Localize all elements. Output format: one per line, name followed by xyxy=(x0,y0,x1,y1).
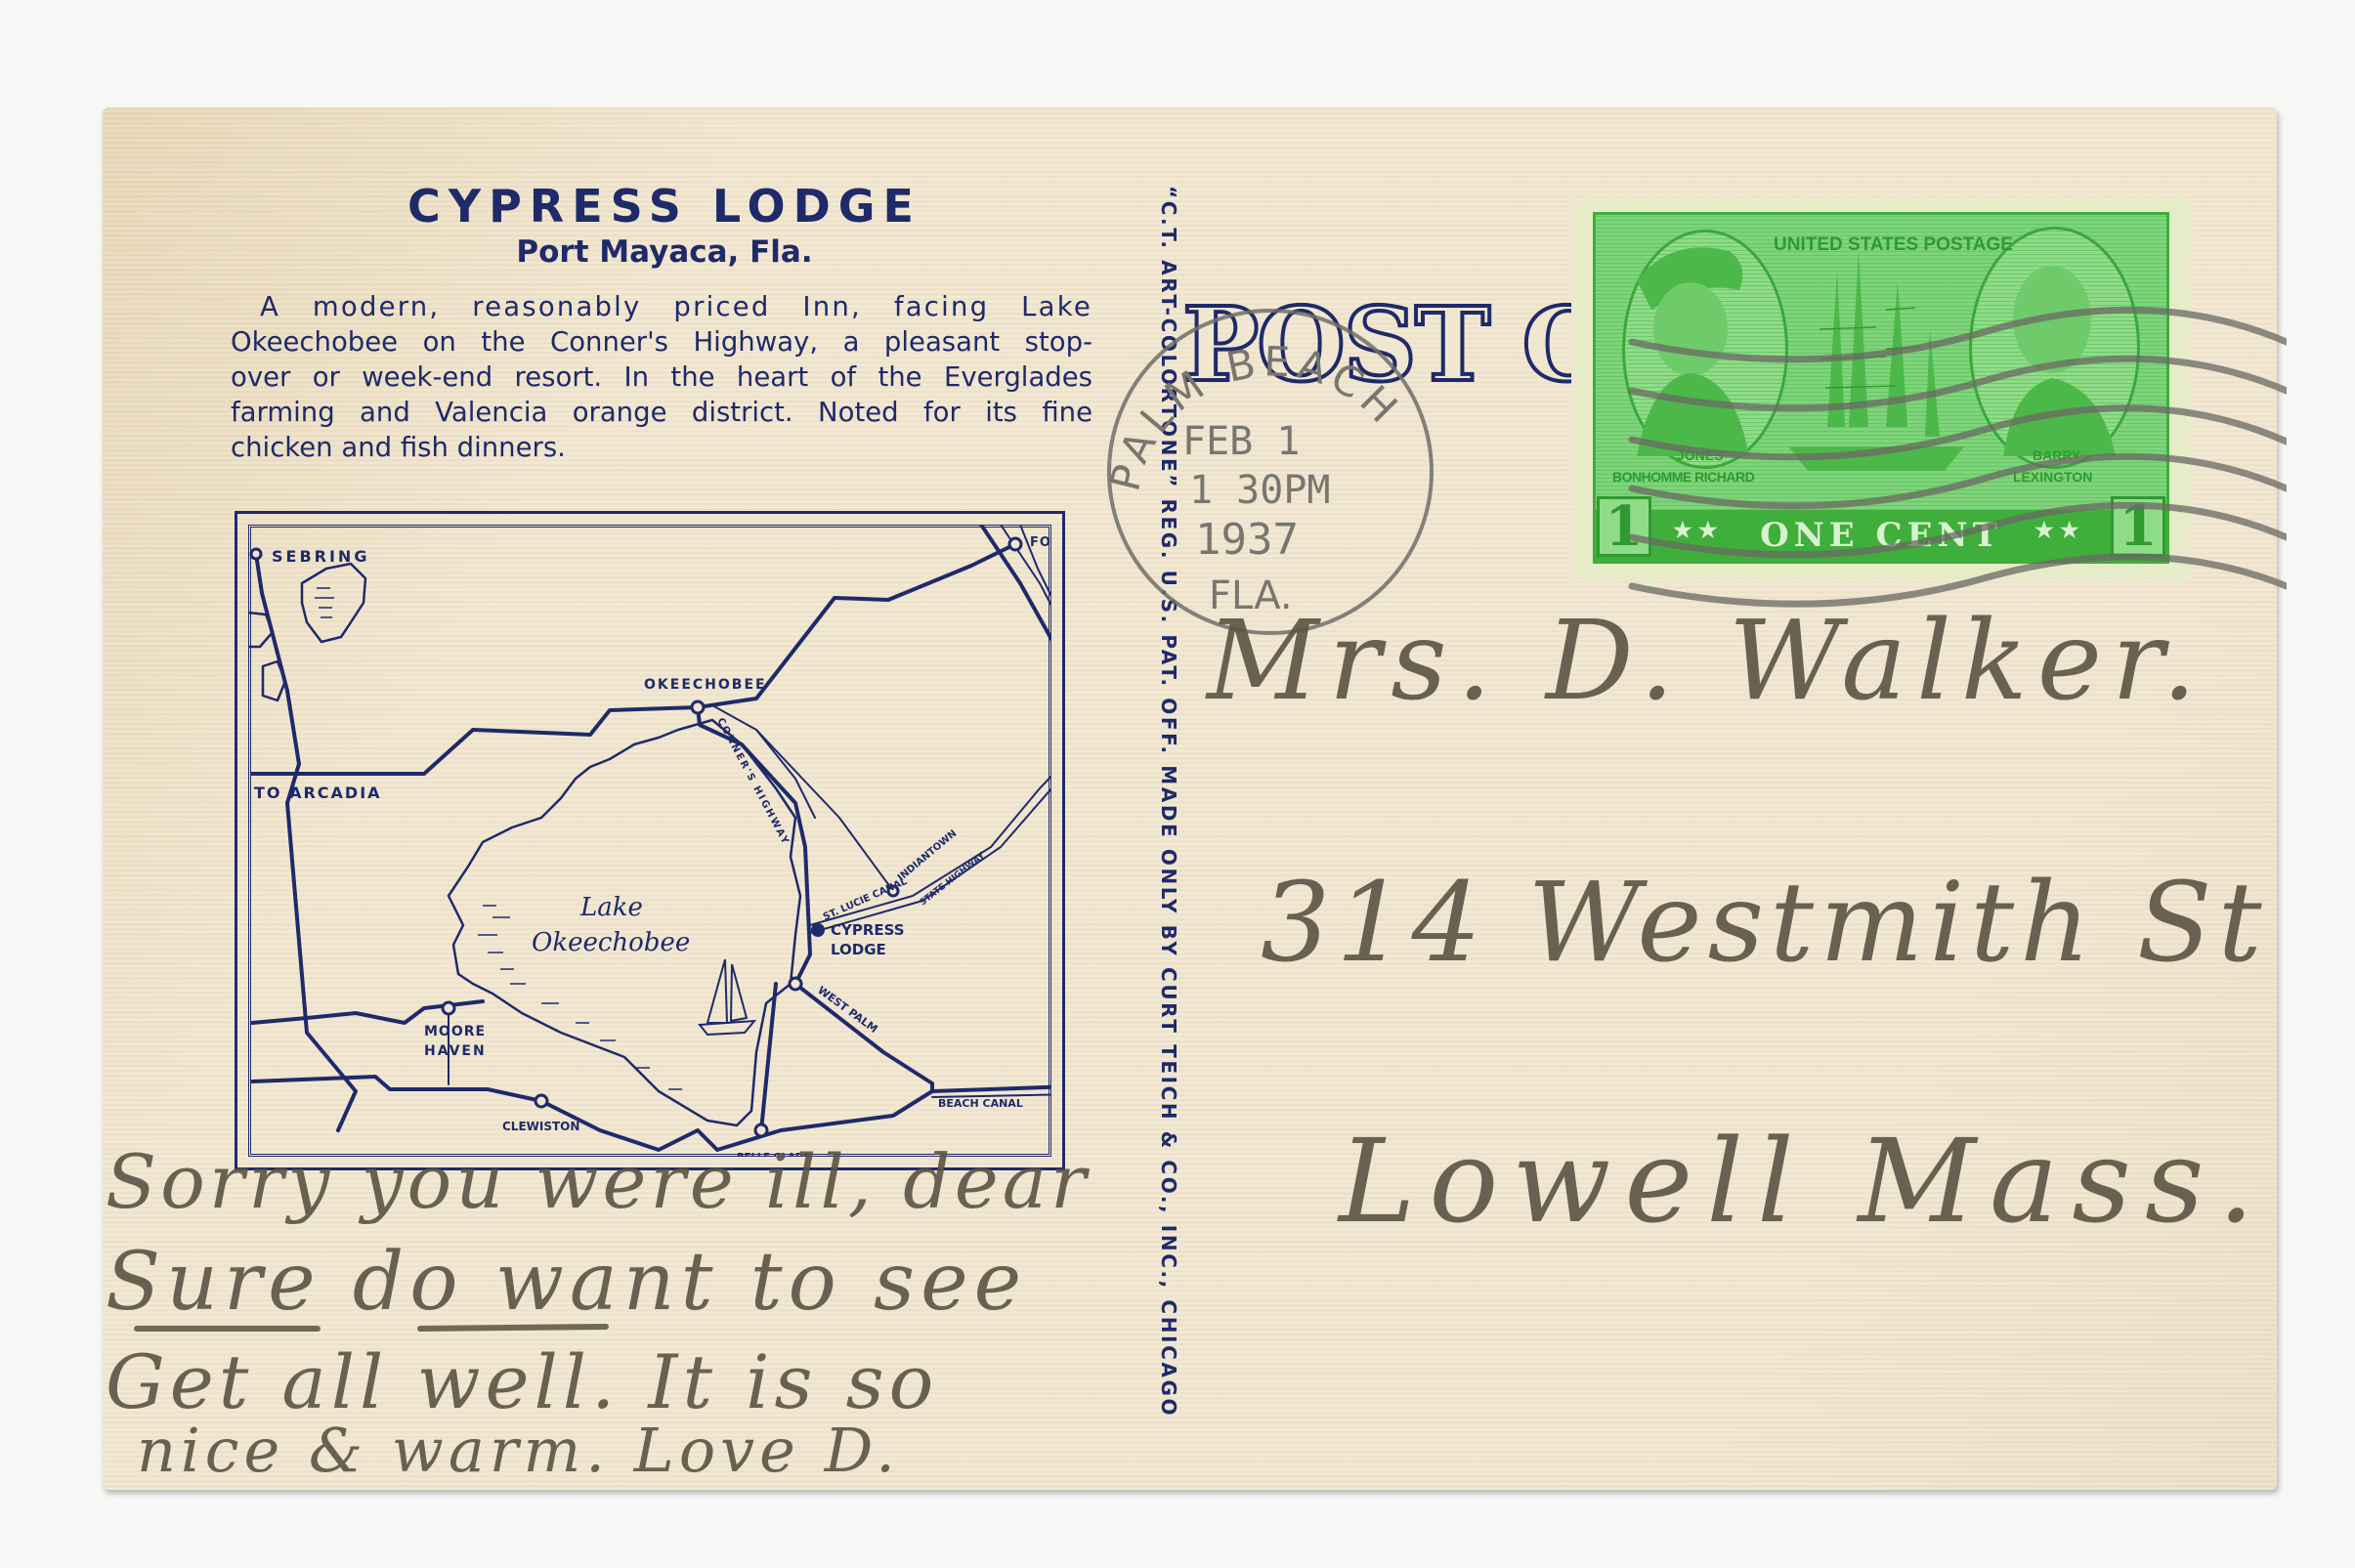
stamp-ship-lexington: LEXINGTON xyxy=(2013,469,2092,485)
post-card-heading: POST C xyxy=(1182,291,1593,399)
map-label-fort-pierce: FORT PIERCE xyxy=(1030,535,1051,550)
map-label-conners-highway: CONNER'S HIGHWAY xyxy=(714,716,791,847)
map-label-moore: MOORE xyxy=(424,1024,486,1039)
marker-clewiston xyxy=(535,1095,547,1107)
map-label-clewiston: CLEWISTON xyxy=(502,1120,579,1133)
message-line-3: Get all well. It is so xyxy=(106,1338,938,1425)
road-coastal xyxy=(981,525,1051,1157)
address-line-2: 314 Westmith St xyxy=(1261,860,2268,987)
stamp-ship-bonhomme-richard: BONHOMME RICHARD xyxy=(1612,469,1754,485)
map-label-st-lucie-canal: ST. LUCIE CANAL xyxy=(822,876,910,923)
marker-cypress-lodge xyxy=(811,923,825,937)
message-line-4: nice & warm. Love D. xyxy=(137,1415,900,1486)
stamp-name-barry: BARRY xyxy=(2033,447,2080,463)
marker-sebring xyxy=(251,549,261,559)
stamp-top-text: UNITED STATES POSTAGE xyxy=(1774,234,2013,256)
lake-istokpoga xyxy=(302,564,365,642)
stamp-name-jones: JONES xyxy=(1677,447,1723,463)
map-label-sebring: SEBRING xyxy=(272,547,369,566)
marker-fort-pierce xyxy=(1009,538,1021,550)
description-line: chicken and fish dinners. xyxy=(231,430,1092,465)
map-label-west-palm-canal-2: BEACH CANAL xyxy=(938,1097,1023,1110)
address-line-3: Lowell Mass. xyxy=(1339,1114,2268,1249)
description-line: A modern, reasonably priced Inn, facing … xyxy=(231,289,1092,324)
map-label-haven: HAVEN xyxy=(424,1043,487,1059)
lodge-title: CYPRESS LODGE xyxy=(293,180,1036,233)
road-conners-highway xyxy=(698,707,810,984)
marker-moore-haven xyxy=(443,1002,454,1014)
map-label-west-palm-canal-1: WEST PALM xyxy=(815,984,879,1036)
stamp-numeral-right: 1 xyxy=(2111,496,2165,557)
lodge-location: Port Mayaca, Fla. xyxy=(293,234,1036,270)
region-map: SEBRING FORT PIERCE OKEECHOBEE TO ARCADI… xyxy=(248,525,1051,1157)
printer-credit: “C.T. ART-COLORTONE” REG. U.S. PAT. OFF.… xyxy=(1145,186,1180,1397)
marker-belle-glade xyxy=(755,1124,767,1136)
stamp-numeral-left: 1 xyxy=(1597,496,1651,557)
stamp-stars-right: ★ ★ xyxy=(2034,518,2079,543)
stamp-stars-left: ★ ★ xyxy=(1673,518,1718,543)
sailboat-icon xyxy=(700,959,754,1035)
map-label-okeechobee: OKEECHOBEE xyxy=(644,677,767,693)
address-line-1: Mrs. D. Walker. xyxy=(1207,598,2206,725)
marker-port-mayaca xyxy=(790,978,801,990)
description-line: farming and Valencia orange district. No… xyxy=(231,395,1092,430)
description-line: Okeechobee on the Conner's Highway, a pl… xyxy=(231,324,1092,360)
message-underlines xyxy=(98,1309,782,1348)
road-sebring xyxy=(256,554,356,1130)
road-to-arcadia xyxy=(252,707,698,774)
marker-okeechobee xyxy=(692,701,704,713)
map-label-lodge: LODGE xyxy=(831,941,886,958)
map-label-cypress: CYPRESS xyxy=(831,921,905,939)
lodge-description: A modern, reasonably priced Inn, facing … xyxy=(231,289,1092,465)
map-label-lake: Lake xyxy=(579,893,643,922)
map-label-okeechobee-lake: Okeechobee xyxy=(532,928,690,957)
description-line: over or week-end resort. In the heart of… xyxy=(231,360,1092,395)
message-line-1: Sorry you were ill, dear xyxy=(106,1138,1090,1225)
road-west-palm-canal xyxy=(795,984,932,1083)
map-label-to-arcadia: TO ARCADIA xyxy=(254,784,382,802)
